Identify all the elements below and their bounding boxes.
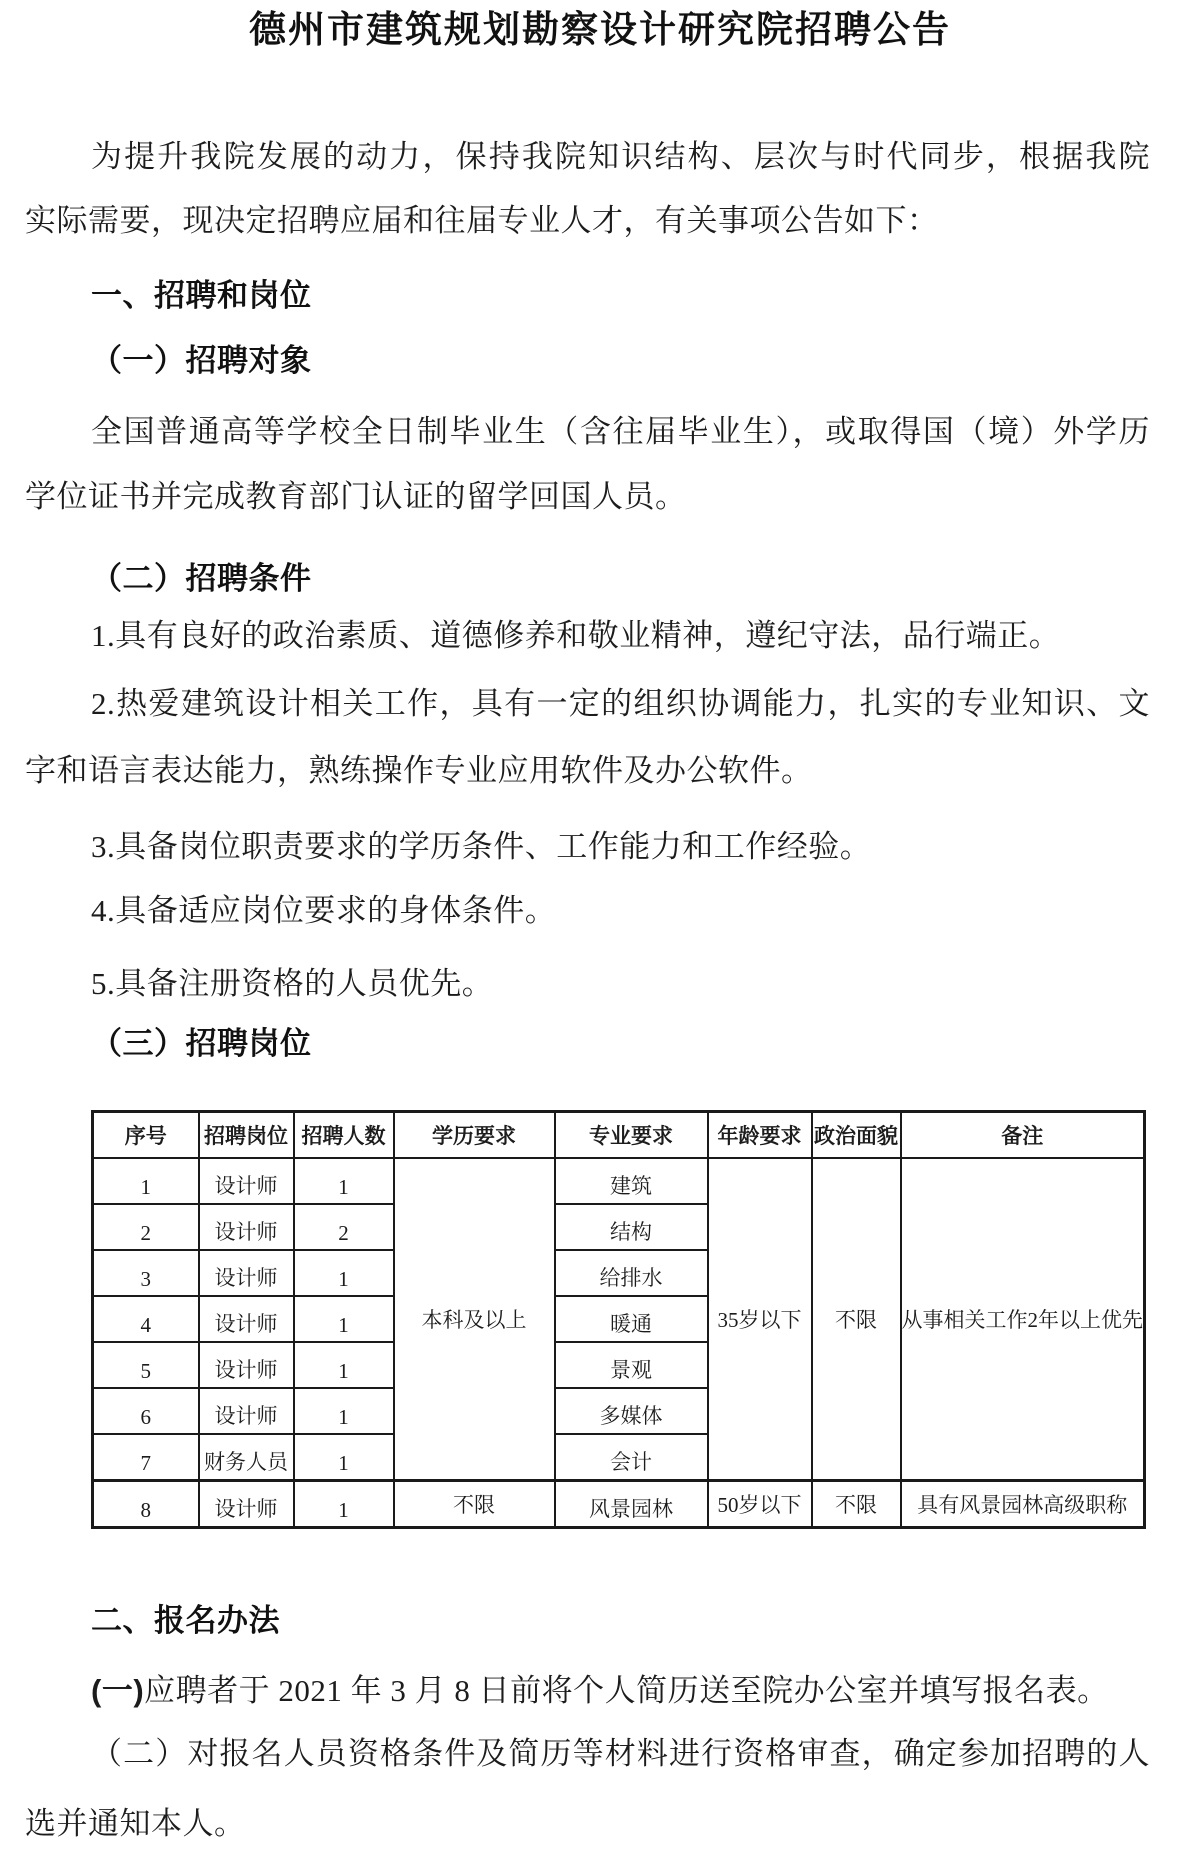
subsection-conditions-heading: （二）招聘条件 [25,558,1150,600]
cell-education-merged: 本科及以上 [394,1158,555,1481]
targets-line-1: 全国普通高等学校全日制毕业生（含往届毕业生），或取得国（境）外学历 [25,411,1150,453]
subsection-positions-heading: （三）招聘岗位 [25,1023,1150,1065]
intro-line-1: 为提升我院发展的动力，保持我院知识结构、层次与时代同步，根据我院 [25,136,1150,178]
apply-item-1-text: 应聘者于 2021 年 3 月 8 日前将个人简历送至院办公室并填写报名表。 [144,1673,1109,1708]
cell-count: 1 [294,1158,394,1204]
header-count: 招聘人数 [294,1112,394,1159]
apply-item-2-line-2: 选并通知本人。 [25,1803,1150,1845]
apply-item-2-line-1: （二）对报名人员资格条件及简历等材料进行资格审查，确定参加招聘的人 [25,1733,1150,1775]
condition-item-3: 3.具备岗位职责要求的学历条件、工作能力和工作经验。 [25,826,1150,868]
header-major: 专业要求 [555,1112,708,1159]
page-title: 德州市建筑规划勘察设计研究院招聘公告 [0,6,1200,54]
cell-count: 1 [294,1481,394,1528]
cell-post: 设计师 [199,1250,294,1296]
cell-no: 7 [93,1434,199,1481]
header-post: 招聘岗位 [199,1112,294,1159]
cell-count: 1 [294,1296,394,1342]
positions-table: 序号 招聘岗位 招聘人数 学历要求 专业要求 年龄要求 政治面貌 备注 1 设计… [91,1110,1146,1529]
cell-age: 50岁以下 [708,1481,812,1528]
cell-no: 6 [93,1388,199,1434]
section-1-heading: 一、招聘和岗位 [25,275,1150,317]
cell-no: 8 [93,1481,199,1528]
apply-item-1: (一)应聘者于 2021 年 3 月 8 日前将个人简历送至院办公室并填写报名表… [25,1670,1150,1712]
cell-major: 建筑 [555,1158,708,1204]
cell-political: 不限 [812,1481,901,1528]
apply-item-1-number: (一) [91,1673,144,1708]
cell-no: 4 [93,1296,199,1342]
header-age: 年龄要求 [708,1112,812,1159]
table-row: 1 设计师 1 本科及以上 建筑 35岁以下 不限 从事相关工作2年以上优先 [93,1158,1145,1204]
cell-remark-merged: 从事相关工作2年以上优先 [901,1158,1145,1481]
condition-item-2-line-1: 2.热爱建筑设计相关工作，具有一定的组织协调能力，扎实的专业知识、文 [25,683,1150,725]
cell-major: 风景园林 [555,1481,708,1528]
cell-major: 暖通 [555,1296,708,1342]
cell-major: 给排水 [555,1250,708,1296]
header-political: 政治面貌 [812,1112,901,1159]
subsection-targets-heading: （一）招聘对象 [25,340,1150,382]
intro-line-2: 实际需要，现决定招聘应届和往届专业人才，有关事项公告如下： [25,200,1150,242]
cell-count: 1 [294,1388,394,1434]
header-remark: 备注 [901,1112,1145,1159]
table-header-row: 序号 招聘岗位 招聘人数 学历要求 专业要求 年龄要求 政治面貌 备注 [93,1112,1145,1159]
cell-major: 会计 [555,1434,708,1481]
cell-no: 5 [93,1342,199,1388]
header-no: 序号 [93,1112,199,1159]
cell-count: 1 [294,1250,394,1296]
cell-post: 设计师 [199,1388,294,1434]
cell-count: 2 [294,1204,394,1250]
header-education: 学历要求 [394,1112,555,1159]
document-page: 德州市建筑规划勘察设计研究院招聘公告 为提升我院发展的动力，保持我院知识结构、层… [0,0,1200,1853]
cell-no: 2 [93,1204,199,1250]
cell-no: 1 [93,1158,199,1204]
condition-item-1: 1.具有良好的政治素质、道德修养和敬业精神，遵纪守法，品行端正。 [25,615,1150,657]
cell-major: 结构 [555,1204,708,1250]
cell-political-merged: 不限 [812,1158,901,1481]
cell-no: 3 [93,1250,199,1296]
cell-age-merged: 35岁以下 [708,1158,812,1481]
cell-post: 设计师 [199,1296,294,1342]
condition-item-4: 4.具备适应岗位要求的身体条件。 [25,890,1150,932]
cell-education: 不限 [394,1481,555,1528]
cell-major: 多媒体 [555,1388,708,1434]
cell-major: 景观 [555,1342,708,1388]
section-2-heading: 二、报名办法 [25,1600,1150,1642]
cell-count: 1 [294,1342,394,1388]
targets-line-2: 学位证书并完成教育部门认证的留学回国人员。 [25,476,1150,518]
cell-count: 1 [294,1434,394,1481]
cell-post: 设计师 [199,1481,294,1528]
cell-post: 财务人员 [199,1434,294,1481]
cell-post: 设计师 [199,1342,294,1388]
condition-item-5: 5.具备注册资格的人员优先。 [25,963,1150,1005]
cell-post: 设计师 [199,1158,294,1204]
cell-remark: 具有风景园林高级职称 [901,1481,1145,1528]
table-row: 8 设计师 1 不限 风景园林 50岁以下 不限 具有风景园林高级职称 [93,1481,1145,1528]
cell-post: 设计师 [199,1204,294,1250]
condition-item-2-line-2: 字和语言表达能力，熟练操作专业应用软件及办公软件。 [25,750,1150,792]
